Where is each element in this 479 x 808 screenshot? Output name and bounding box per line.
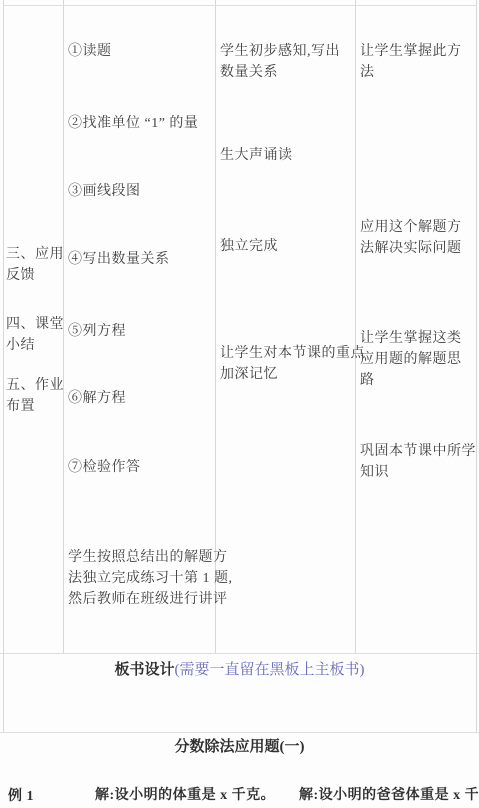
table-row-top-border [3,5,477,6]
example-label: 例 1 [8,786,34,807]
stage-item-application-feedback: 三、应用 反馈 [6,244,64,286]
step-item-solve-equation: ⑥解方程 [68,388,126,409]
steps-practice-note: 学生按照总结出的解题方 法独立完成练习十第 1 题, 然后教师在班级进行讲评 [68,547,233,610]
step-item-read-problem: ①读题 [68,41,112,62]
table-outer-left-border [3,0,4,732]
stage-item-class-summary: 四、课堂 小结 [6,314,64,356]
board-design-heading: 板书设计(需要一直留在黑板上主板书) [0,660,479,680]
student-activity-deepen-memory: 让学生对本节课的重点 加深记忆 [220,343,365,385]
design-intent-master-method: 让学生掌握此方 法 [360,41,462,83]
board-design-label: 板书设计 [114,662,174,678]
step-item-set-equation: ⑤列方程 [68,321,126,342]
stage-item-homework: 五、作业 布置 [6,375,64,417]
student-activity-read-aloud: 生大声诵读 [220,145,293,166]
student-activity-initial-perception: 学生初步感知,写出 数量关系 [220,41,340,83]
example-solution-left: 解:设小明的体重是 x 千克。 [95,785,275,806]
table-bottom-border [0,653,479,654]
student-activity-independent-work: 独立完成 [220,236,278,257]
board-design-note: (需要一直留在黑板上主板书) [175,662,365,678]
design-intent-solving-approach: 让学生掌握这类 应用题的解题思 路 [360,328,462,391]
board-title: 分数除法应用题(一) [0,737,479,757]
table-col-border-3 [355,0,356,653]
step-item-check-answer: ⑦检验作答 [68,457,141,478]
design-intent-consolidate: 巩固本节课中所学 知识 [360,441,476,483]
step-item-write-relation: ④写出数量关系 [68,249,170,270]
step-item-find-unit-one: ②找准单位 “1” 的量 [68,113,198,134]
table-outer-right-border [476,0,477,732]
step-item-draw-line-diagram: ③画线段图 [68,181,141,202]
lesson-plan-page: 三、应用 反馈 四、课堂 小结 五、作业 布置 ①读题 ②找准单位 “1” 的量… [0,0,479,808]
example-solution-right: 解:设小明的爸爸体重是 x 千 [299,785,479,806]
board-design-row-border [0,732,479,733]
design-intent-apply-method: 应用这个解题方 法解决实际问题 [360,217,462,259]
